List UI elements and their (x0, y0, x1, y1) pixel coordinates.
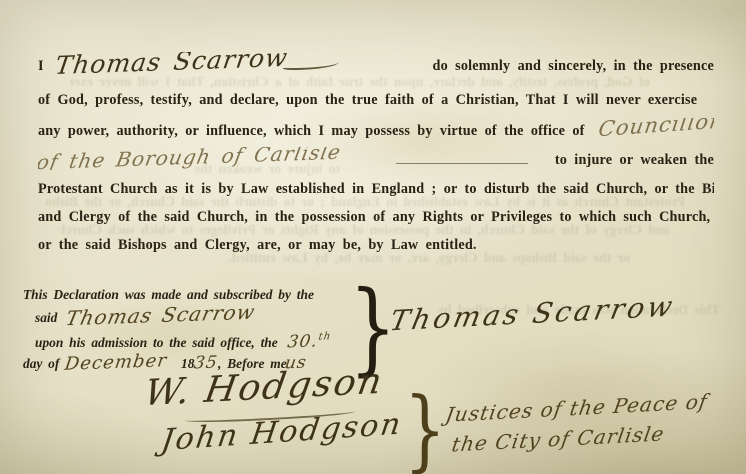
day-handwritten: 30.th (286, 327, 332, 352)
attestation-clause: This Declaration was made and subscribed… (23, 285, 375, 374)
declaration-line-6: and Clergy of the said Church, in the po… (38, 207, 714, 227)
declaration-document-scan: of God, profess, testify, and declare, u… (0, 0, 746, 474)
declaration-line-7: or the said Bishops and Clergy, are, or … (38, 235, 714, 255)
declarant-name-handwritten: Thomas Scarrow (54, 52, 289, 76)
declarant-name-handwritten: Thomas Scarrow (64, 302, 257, 329)
declaration-line-4: of the Borough of Carlisle to injure or … (38, 147, 714, 170)
declaration-line-3: any power, authority, or influence, whic… (38, 118, 714, 141)
printed-lead-in: I (38, 56, 44, 76)
printed-day-of-label: day of (23, 354, 59, 374)
witness2-signature: John Hodgson (159, 407, 405, 458)
day-suffix: th (317, 331, 331, 342)
printed-text: do solemnly and sincerely, in the presen… (433, 56, 715, 76)
office-name-handwritten: Councillor (597, 118, 714, 139)
declaration-line-2: of God, profess, testify, and declare, u… (38, 90, 714, 110)
bleedthrough-text: of God, profess, testify, and declare, u… (70, 74, 650, 90)
attestation-line-2: said Thomas Scarrow (23, 305, 375, 328)
declaration-line-1: I Thomas Scarrow do solemnly and sincere… (38, 52, 714, 76)
printed-said-label: said (35, 308, 57, 328)
declaration-line-5: Protestant Church as it is by Law establ… (38, 179, 714, 199)
printed-text: any power, authority, or influence, whic… (38, 121, 585, 141)
signature-flourish (283, 60, 339, 70)
blank-fill-rule (396, 162, 528, 164)
witness-capacity-line1: Justices of the Peace of (444, 389, 710, 427)
declarant-signature: Thomas Scarrow (387, 290, 678, 338)
attestation-line-3: upon his admission to the said office, t… (23, 328, 375, 353)
witness-capacity-line2: the City of Carlisle (450, 422, 666, 457)
month-handwritten: December (64, 351, 169, 375)
office-place-handwritten: of the Borough of Carlisle (38, 147, 343, 170)
witnesses-brace: } (404, 386, 446, 474)
printed-text: to injure or weaken the (555, 150, 714, 170)
